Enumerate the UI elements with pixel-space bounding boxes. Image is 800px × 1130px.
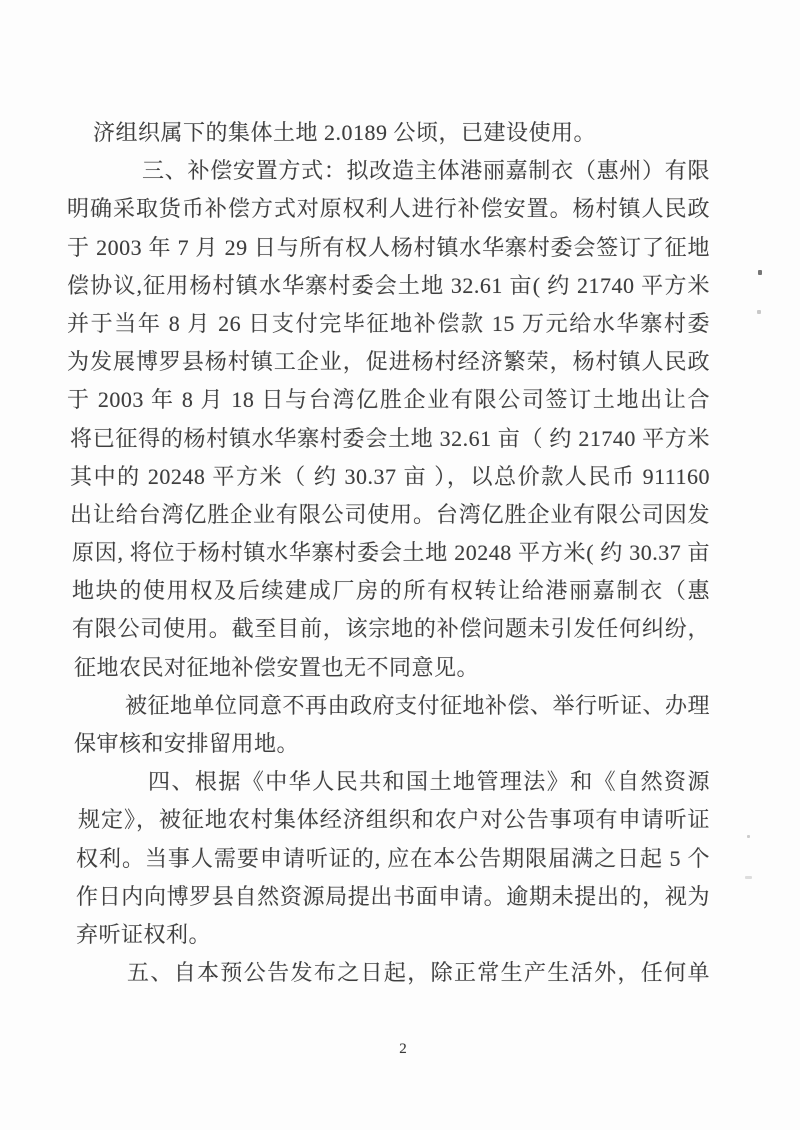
scanned-document-page: 济组织属下的集体土地 2.0189 公顷，已建设使用。三、补偿安置方式：拟改造主… bbox=[0, 0, 800, 1130]
page-number: 2 bbox=[0, 1041, 800, 1058]
text-line: 作日内向博罗县自然资源局提出书面申请。逾期未提出的，视为放 bbox=[76, 878, 710, 916]
text-line: 于 2003 年 7 月 29 日与所有权人杨村镇水华寨村委会签订了征地补 bbox=[67, 229, 710, 267]
text-line: 规定》，被征地农村集体经济组织和农户对公告事项有申请听证的 bbox=[78, 801, 710, 839]
text-line: 明确采取货币补偿方式对原权利人进行补偿安置。杨村镇人民政府 bbox=[67, 190, 710, 228]
scan-noise-speck bbox=[745, 876, 752, 879]
text-line: 五、自本预公告发布之日起，除正常生产生活外，任何单位和 bbox=[127, 954, 710, 992]
text-line: 原因, 将位于杨村镇水华寨村委会土地 20248 平方米( 约 30.37 亩 … bbox=[72, 534, 710, 572]
text-line: 三、补偿安置方式：拟改造主体港丽嘉制衣（惠州）有限公司 bbox=[142, 152, 710, 190]
scan-noise-speck bbox=[747, 835, 750, 838]
text-line: 为发展博罗县杨村镇工企业，促进杨村经济繁荣，杨村镇人民政府 bbox=[67, 343, 710, 381]
text-line: 偿协议,征用杨村镇水华寨村委会土地 32.61 亩( 约 21740 平方米 )… bbox=[67, 267, 710, 305]
text-line: 济组织属下的集体土地 2.0189 公顷，已建设使用。 bbox=[93, 114, 710, 152]
text-line: 征地农民对征地补偿安置也无不同意见。 bbox=[74, 649, 710, 687]
scan-noise-speck bbox=[758, 270, 762, 275]
text-line: 被征地单位同意不再由政府支付征地补偿、举行听证、办理社 bbox=[125, 687, 710, 725]
text-line: 弃听证权利。 bbox=[76, 916, 710, 954]
text-line: 有限公司使用。截至目前，该宗地的补偿问题未引发任何纠纷，被 bbox=[72, 610, 710, 648]
text-line: 将已征得的杨村镇水华寨村委会土地 32.61 亩（ 约 21740 平方米 ） bbox=[70, 420, 710, 458]
text-line: 权利。当事人需要申请听证的, 应在本公告期限届满之日起 5 个工 bbox=[76, 840, 710, 878]
text-line: 保审核和安排留用地。 bbox=[74, 725, 710, 763]
document-body: 济组织属下的集体土地 2.0189 公顷，已建设使用。三、补偿安置方式：拟改造主… bbox=[67, 114, 710, 992]
text-line: 四、根据《中华人民共和国土地管理法》和《自然资源听证 bbox=[148, 763, 710, 801]
scan-noise-speck bbox=[757, 310, 761, 314]
text-line: 出让给台湾亿胜企业有限公司使用。台湾亿胜企业有限公司因发展 bbox=[70, 496, 710, 534]
text-line: 于 2003 年 8 月 18 日与台湾亿胜企业有限公司签订土地出让合同， bbox=[67, 381, 710, 419]
text-line: 并于当年 8 月 26 日支付完毕征地补偿款 15 万元给水华寨村委会。 bbox=[67, 305, 710, 343]
text-line: 地块的使用权及后续建成厂房的所有权转让给港丽嘉制衣（惠州） bbox=[72, 572, 710, 610]
text-line: 其中的 20248 平方米（ 约 30.37 亩 ），以总价款人民币 91116… bbox=[70, 458, 710, 496]
